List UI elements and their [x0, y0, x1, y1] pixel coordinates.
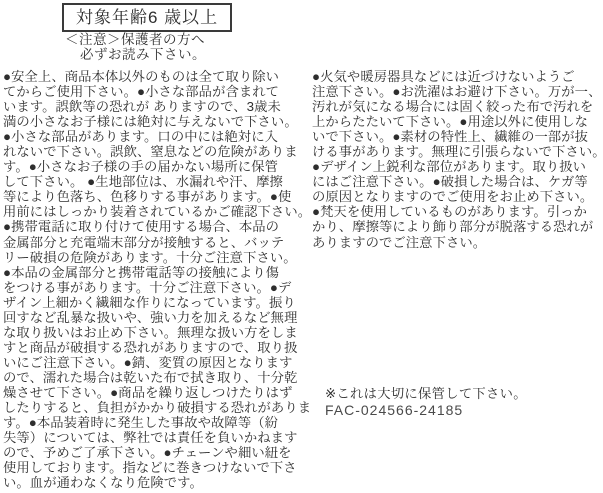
- text-line: 金属部分と充電端末部分が接触すると、バッテ: [3, 235, 306, 250]
- text-line: 注意下さい。●お洗濯はお避け下さい。万が一、: [312, 84, 602, 99]
- text-line: いで下さい。●素材の特性上、繊維の一部が抜: [312, 129, 602, 144]
- warnings-column-left: ●安全上、商品本体以外のものは全て取り除いてからご使用下さい。●小さな部品が含ま…: [3, 69, 306, 490]
- keep-note-text: ※これは大切に保管して下さい。: [325, 386, 527, 402]
- caution-notice-document: 対象年齢6 歳以上 ＜注意＞保護者の方へ 必ずお読み下さい。 ●安全上、商品本体…: [0, 0, 603, 493]
- text-line: 汚れが気になる場合には固く絞った布で汚れを: [312, 99, 602, 114]
- text-line: ●梵天を使用しているものがあります。引っか: [312, 204, 602, 219]
- age-label: 対象年齢6 歳以上: [76, 8, 218, 27]
- text-line: 失等）については、弊社では責任を負いかねます: [3, 430, 306, 445]
- text-line: にはご注意下さい。●破損した場合は、ケガ等: [312, 174, 602, 189]
- text-line: いにご注意下さい。●錆、変質の原因となります: [3, 355, 306, 370]
- warnings-column-right: ●火気や暖房器具などには近づけないようご注意下さい。●お洗濯はお避け下さい。万が…: [312, 69, 602, 250]
- text-line: ●デザイン上鋭利な部位があります。取り扱い: [312, 159, 602, 174]
- text-line: ありますのでご注意下さい。: [312, 235, 602, 250]
- text-line: ●小さな部品があります。口の中には絶対に入: [3, 129, 306, 144]
- text-line: れないで下さい。誤飲、窒息などの危険がありま: [3, 144, 306, 159]
- text-line: ので、濡れた場合は乾いた布で拭き取り、十分乾: [3, 370, 306, 385]
- keep-note-block: ※これは大切に保管して下さい。 FAC-024566-24185: [325, 386, 527, 419]
- text-line: の原因となりますのでご使用をお止め下さい。: [312, 189, 602, 204]
- text-line: ●安全上、商品本体以外のものは全て取り除い: [3, 69, 306, 84]
- text-line: ●本品の金属部分と携帯電話等の接触により傷: [3, 265, 306, 280]
- text-line: 満の小さなお子様には絶対に与えないで下さい。: [3, 114, 306, 129]
- text-line: 上からたたいて下さい。●用途以外に使用しな: [312, 114, 602, 129]
- text-line: 用前にはしっかり装着されているかご確認下さい。: [3, 204, 306, 219]
- text-line: ので、予めご了承下さい。●チェーンや細い紐を: [3, 445, 306, 460]
- text-line: すと商品が破損する恐れがありますので、取り扱: [3, 340, 306, 355]
- text-line: ける事があります。無理に引張らないで下さい。: [312, 144, 602, 159]
- text-line: 回すなど乱暴な扱いや、強い力を加えるなど無理: [3, 310, 306, 325]
- text-line: リー破損の危険があります。十分ご注意下さい。: [3, 250, 306, 265]
- caution-heading-line2: 必ずお読み下さい。: [80, 47, 206, 62]
- text-line: 等により色落ち、色移りする事があります。●使: [3, 189, 306, 204]
- text-line: をつける事があります。十分ご注意下さい。●デ: [3, 280, 306, 295]
- product-code: FAC-024566-24185: [325, 402, 527, 419]
- text-line: 燥させて下さい。●商品を繰り返しつけたりはず: [3, 385, 306, 400]
- caution-heading-line1: ＜注意＞保護者の方へ: [65, 32, 205, 47]
- text-line: います。誤飲等の恐れが ありますので、3歳未: [3, 99, 306, 114]
- age-header-box: 対象年齢6 歳以上: [62, 3, 232, 32]
- text-line: かり、摩擦等により飾り部分が脱落する恐れが: [312, 219, 602, 234]
- text-line: ●携帯電話に取り付けて使用する場合、本品の: [3, 219, 306, 234]
- text-line: す。●小さなお子様の手の届かない場所に保管: [3, 159, 306, 174]
- text-line: して下さい。 ●生地部位は、水漏れや汗、摩擦: [3, 174, 306, 189]
- text-line: ザイン上細かく繊細な作りになっています。振り: [3, 295, 306, 310]
- text-line: 使用しております。指などに巻きつけないで下さ: [3, 460, 306, 475]
- text-line: てからご使用下さい。●小さな部品が含まれて: [3, 84, 306, 99]
- text-line: ●火気や暖房器具などには近づけないようご: [312, 69, 602, 84]
- text-line: したりすると、負担がかかり破損する恐れがありま: [3, 400, 306, 415]
- text-line: な取り扱いはお止め下さい。無理な扱い方をしま: [3, 325, 306, 340]
- text-line: す。●本品装着時に発生した事故や故障等（紛: [3, 415, 306, 430]
- text-line: い。血が通わなくなり危険です。: [3, 475, 306, 490]
